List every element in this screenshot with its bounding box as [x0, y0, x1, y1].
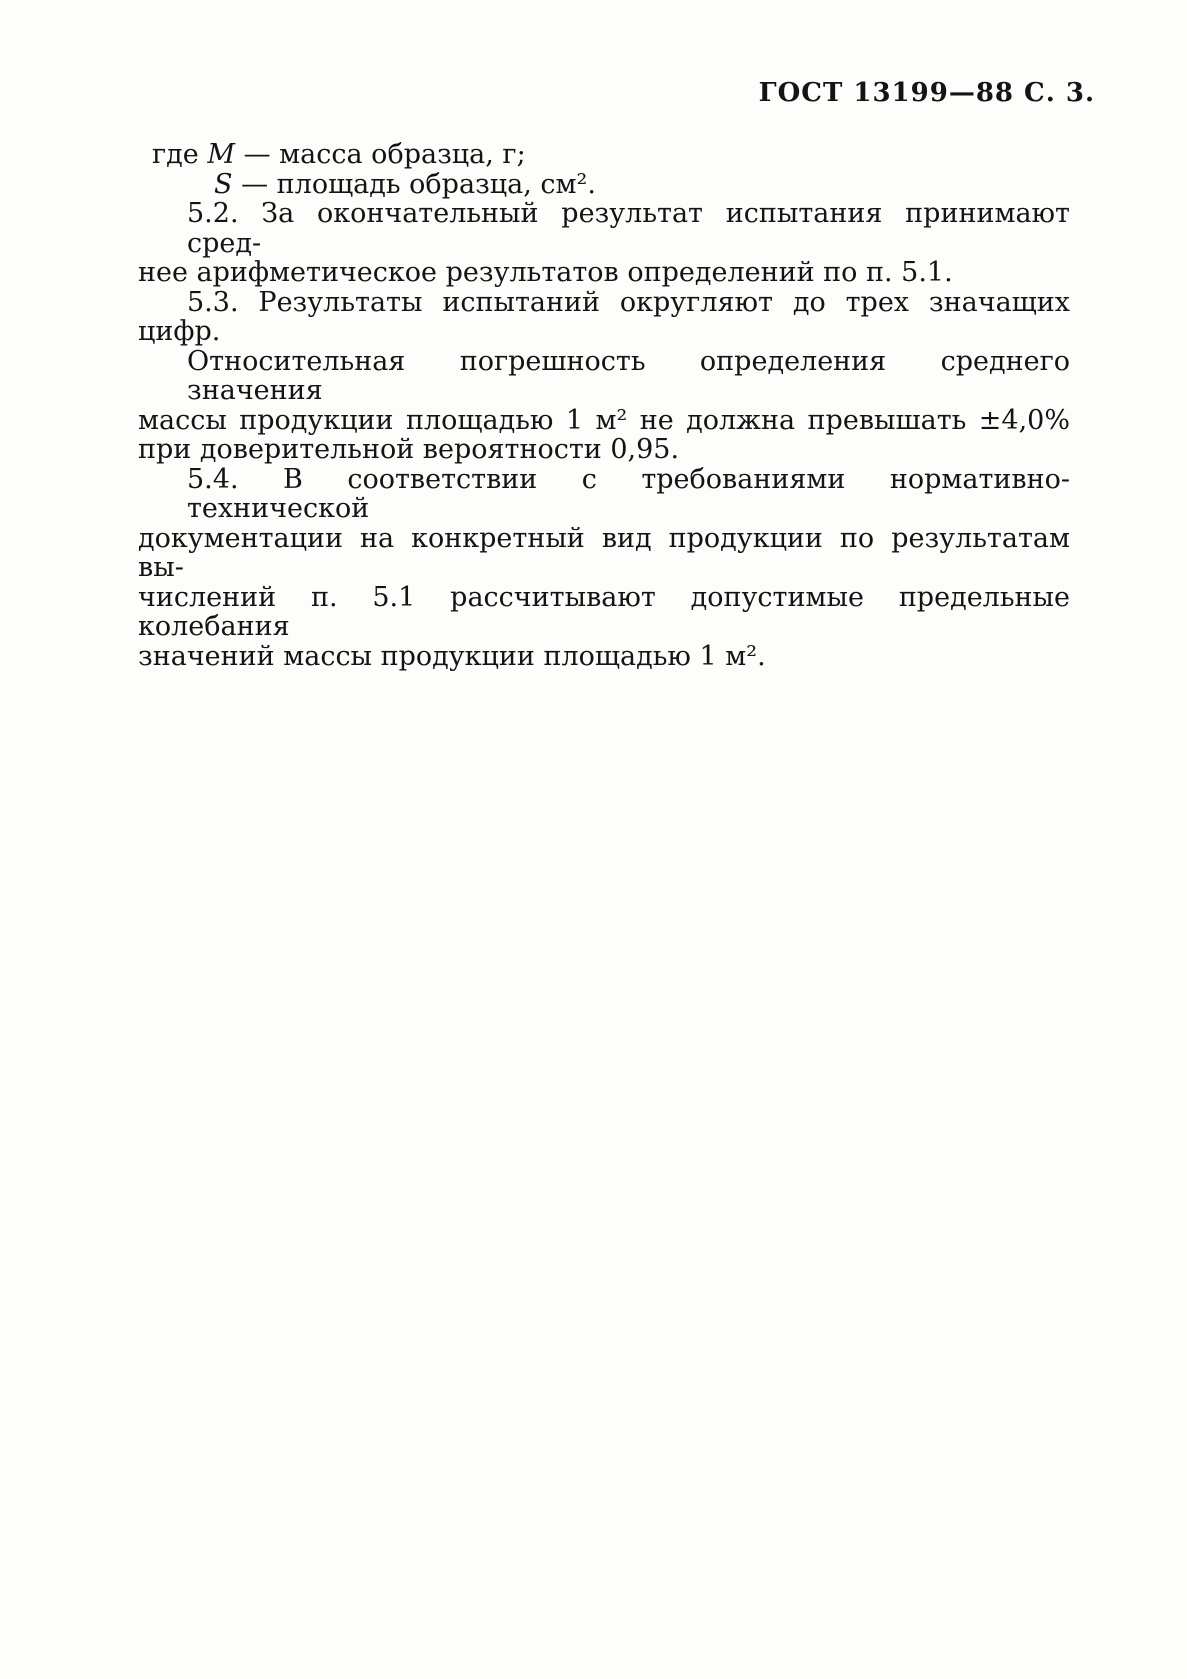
paragraph-5-2-line-2: нее арифметическое результатов определен… — [138, 258, 1070, 288]
document-body: где М — масса образца, г; S — площадь об… — [138, 140, 1070, 671]
definition-line-s: S — площадь образца, см². — [214, 170, 1070, 200]
paragraph-5-4-line-3: числений п. 5.1 рассчитывают допустимые … — [138, 583, 1070, 642]
paragraph-5-4-line-2: документации на конкретный вид продукции… — [138, 524, 1070, 583]
definition-m-text: — масса образца, г; — [235, 139, 526, 170]
variable-s: S — [214, 169, 233, 200]
paragraph-error-note-line-1: Относительная погрешность определения ср… — [187, 347, 1070, 406]
paragraph-error-note-line-2: массы продукции площадью 1 м² не должна … — [138, 406, 1070, 436]
paragraph-error-note-line-3: при доверительной вероятности 0,95. — [138, 435, 1070, 465]
paragraph-5-2-line-1: 5.2. За окончательный результат испытани… — [187, 199, 1070, 258]
paragraph-5-3-line-2: цифр. — [138, 317, 1070, 347]
definition-line-m: где М — масса образца, г; — [152, 140, 1070, 170]
where-label: где — [152, 139, 207, 170]
paragraph-5-3-line-1: 5.3. Результаты испытаний округляют до т… — [187, 288, 1070, 318]
definition-s-text: — площадь образца, см². — [233, 169, 596, 200]
document-page: ГОСТ 13199—88 С. 3. где М — масса образц… — [0, 0, 1187, 1679]
paragraph-5-4-line-4: значений массы продукции площадью 1 м². — [138, 642, 1070, 672]
variable-m: М — [207, 139, 235, 170]
paragraph-5-4-line-1: 5.4. В соответствии с требованиями норма… — [187, 465, 1070, 524]
page-header-gost-number: ГОСТ 13199—88 С. 3. — [138, 78, 1095, 108]
